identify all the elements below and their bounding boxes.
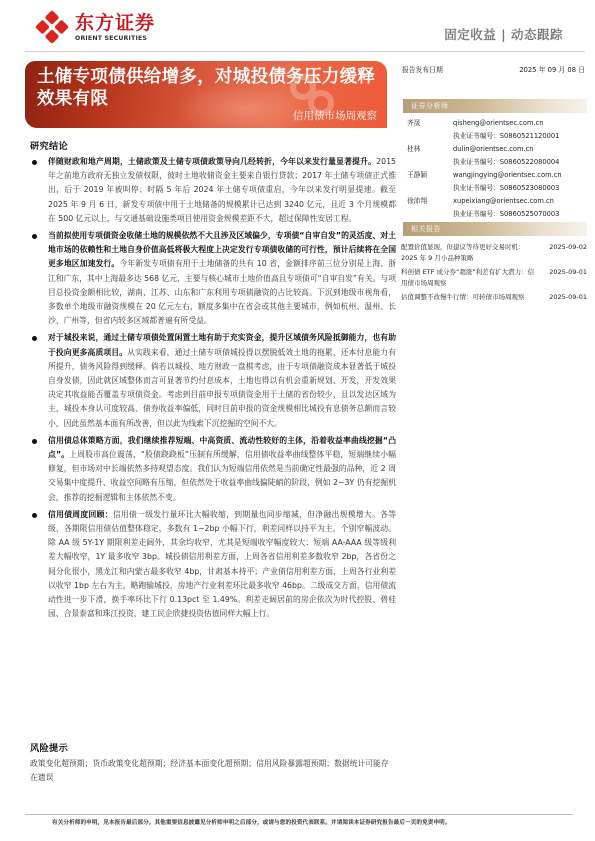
bullet-body: 2015 年之前地方政府无独立发债权限，彼时土地收储资金主要来自银行贷款；201…	[48, 157, 396, 223]
conclusion-bullet: 信用债总体策略方面，我们继续推荐短端、中高资质、流动性较好的主体，沿着收益率曲线…	[30, 434, 396, 505]
page-header: 东方证券 ORIENT SECURITIES 固定收益 | 动态跟踪	[0, 0, 595, 54]
analyst-list: 齐晟 qisheng@orientsec.com.cn 执业证书编号：S0860…	[405, 117, 585, 221]
risk-section: 风险提示 政策变化超预期；货币政策变化超预期；经济基本面变化超预期；信用风险暴露…	[30, 740, 396, 785]
conclusion-bullet: 信用债周度回顾：信用债一级发行量环比大幅收缩，到期量也同步缩减，但净融出规模增大…	[30, 508, 396, 622]
bullet-body: 从实践来看，通过土储专项债城投得以摆脱低效土地的拖累，还本付息能力有所提升，债务…	[48, 348, 396, 428]
footer-divider	[25, 814, 573, 815]
analyst-name: 齐晟	[405, 117, 453, 143]
bullet-icon	[32, 439, 37, 444]
risk-text: 政策变化超预期；货币政策变化超预期；经济基本面变化超预期；信用风险暴露超预期；数…	[30, 757, 396, 785]
related-report-date: 2025-09-02	[541, 242, 587, 264]
analyst-entry: 齐晟 qisheng@orientsec.com.cn 执业证书编号：S0860…	[405, 117, 585, 143]
analyst-email[interactable]: qisheng@orientsec.com.cn	[453, 117, 559, 130]
related-report-item[interactable]: 配置价值显现，但建议等待更好交易时机：2025 年 9 月小品种策略 2025-…	[401, 242, 587, 264]
logo-chinese-name: 东方证券	[75, 12, 155, 34]
related-report-title[interactable]: 估值调整不改慢牛行情：可转债市场周观察	[401, 292, 539, 303]
conclusion-bullet: 对于城投来说，通过土储专项债处置闲置土地有助于充实资金，提升区域债务风险抵御能力…	[30, 331, 396, 430]
related-reports-list: 配置价值显现，但建议等待更好交易时机：2025 年 9 月小品种策略 2025-…	[401, 242, 587, 306]
company-logo: 东方证券 ORIENT SECURITIES	[35, 10, 155, 44]
orient-logo-icon	[35, 10, 69, 44]
analyst-email[interactable]: xupeixiang@orientsec.com.cn	[453, 195, 559, 208]
related-report-item[interactable]: 估值调整不改慢牛行情：可转债市场周观察 2025-09-01	[401, 292, 587, 303]
logo-english-name: ORIENT SECURITIES	[75, 34, 155, 43]
analyst-name: 王静颖	[405, 169, 453, 195]
bullet-lead: 伴随财政和地产周期，土储政策及土储专项债政策导向几经转折，今年以来发行量显著提升…	[48, 157, 376, 166]
bullet-body: 上周股市高位震荡，“股债跷跷板”压制有所缓解，信用债收益率曲线整体平稳，短端继续…	[48, 450, 396, 502]
publish-date-row: 报告发布日期 2025 年 09 月 08 日	[402, 64, 585, 74]
footer-disclaimer: 有关分析师的申明，见本报告最后部分。其他重要信息披露见分析师申明之后部分，或请与…	[52, 818, 572, 826]
related-report-title[interactable]: 科创债 ETF 成分券“超涨”利差有扩大潜力：信用债市场周观察	[401, 267, 539, 289]
analyst-entry: 王静颖 wangjingying@orientsec.com.cn 执业证书编号…	[405, 169, 585, 195]
analysts-section-label: 证券分析师	[411, 101, 449, 111]
header-divider	[25, 51, 585, 52]
conclusion-bullet: 伴随财政和地产周期，土储政策及土储专项债政策导向几经转折，今年以来发行量显著提升…	[30, 155, 396, 226]
bullet-icon	[32, 336, 37, 341]
analyst-cert: 执业证书编号：S0860521120001	[453, 130, 559, 143]
analysts-section-header: 证券分析师	[403, 99, 587, 113]
analyst-cert: 执业证书编号：S0860522080004	[453, 156, 559, 169]
report-category: 固定收益 | 动态跟踪	[444, 25, 563, 43]
conclusions-heading: 研究结论	[30, 138, 396, 152]
publish-date-label: 报告发布日期	[402, 64, 443, 74]
bullet-lead: 信用债周度回顾：	[48, 510, 113, 519]
bullet-icon	[32, 160, 37, 165]
related-reports-label: 相关报告	[411, 224, 441, 234]
analyst-name: 徐沛翔	[405, 195, 453, 221]
bullet-icon	[32, 513, 37, 518]
analyst-cert: 执业证书编号：S0860523080003	[453, 182, 562, 195]
research-conclusions: 研究结论 伴随财政和地产周期，土储政策及土储专项债政策导向几经转折，今年以来发行…	[30, 138, 396, 625]
analyst-cert: 执业证书编号：S0860525070003	[453, 208, 559, 221]
analyst-email[interactable]: wangjingying@orientsec.com.cn	[453, 169, 562, 182]
related-report-title[interactable]: 配置价值显现，但建议等待更好交易时机：2025 年 9 月小品种策略	[401, 242, 539, 264]
bullet-body: 信用债一级发行量环比大幅收缩，到期量也同步缩减，但净融出规模增大。各等级、各期限…	[48, 510, 396, 618]
analyst-entry: 徐沛翔 xupeixiang@orientsec.com.cn 执业证书编号：S…	[405, 195, 585, 221]
report-title: 土储专项债供给增多，对城投债务压力缓释效果有限	[37, 66, 382, 110]
bullet-icon	[32, 234, 37, 239]
related-reports-section-header: 相关报告	[403, 222, 587, 236]
analyst-name: 杜林	[405, 143, 453, 169]
publish-date-value: 2025 年 09 月 08 日	[519, 64, 585, 74]
related-report-date: 2025-09-01	[541, 292, 587, 303]
conclusion-bullet: 当前拟使用专项债资金收储土地的规模依然不大且涉及区域偏少，专项债“自审自发”的灵…	[30, 229, 396, 328]
report-series: 信用债市场周观察	[293, 108, 377, 123]
title-banner: 土储专项债供给增多，对城投债务压力缓释效果有限 信用债市场周观察	[25, 61, 387, 128]
analyst-entry: 杜林 dulin@orientsec.com.cn 执业证书编号：S086052…	[405, 143, 585, 169]
risk-heading: 风险提示	[30, 740, 396, 754]
related-report-date: 2025-09-01	[541, 267, 587, 289]
bullet-body: 今年新发专项债有用于土地储备的共有 10 省，金额排序前三位分别是上海、浙江和广…	[48, 259, 396, 325]
analyst-email[interactable]: dulin@orientsec.com.cn	[453, 143, 559, 156]
related-report-item[interactable]: 科创债 ETF 成分券“超涨”利差有扩大潜力：信用债市场周观察 2025-09-…	[401, 267, 587, 289]
